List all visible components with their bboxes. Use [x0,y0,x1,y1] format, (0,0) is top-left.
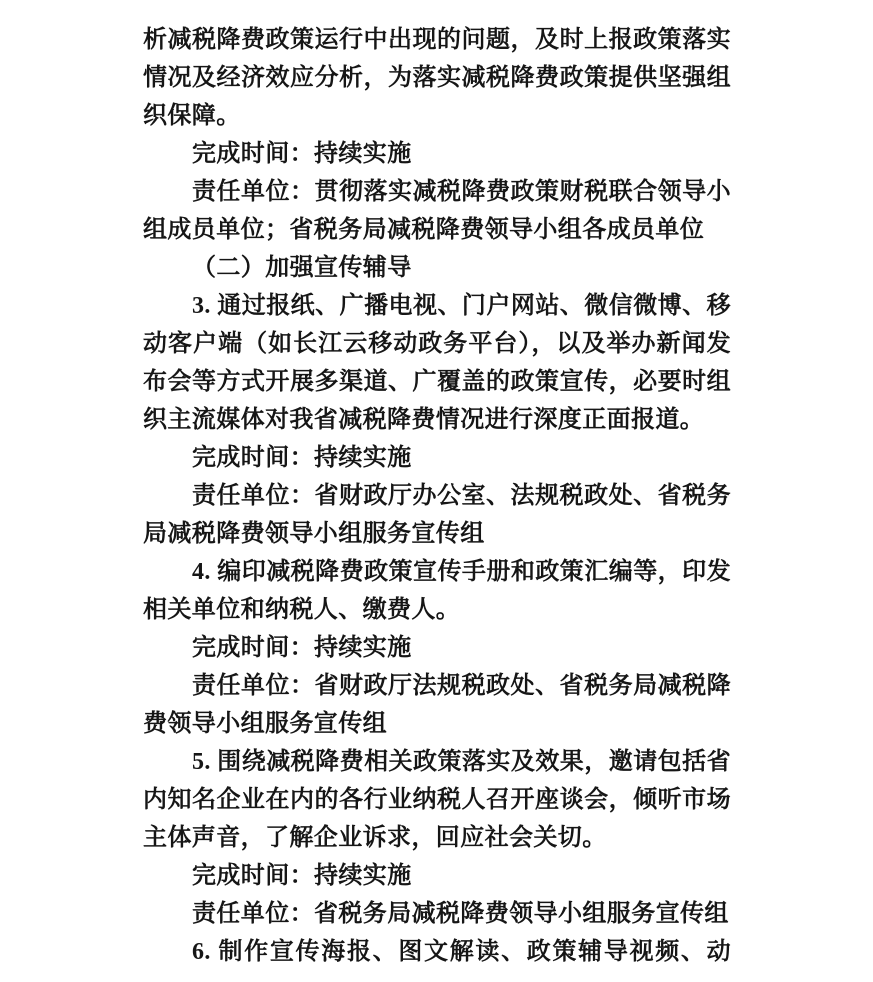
text-line: 6. 制作宣传海报、图文解读、政策辅导视频、动漫、 [143,933,731,971]
text-line: 责任单位：省税务局减税降费领导小组服务宣传组 [143,895,731,933]
text-line: 动客户端（如长江云移动政务平台），以及举办新闻发 [143,325,731,363]
text-line: 责任单位：省财政厅法规税政处、省税务局减税降 [143,667,731,705]
document-page: 析减税降费政策运行中出现的问题，及时上报政策落实情况及经济效应分析，为落实减税降… [0,0,873,982]
text-line: 3. 通过报纸、广播电视、门户网站、微信微博、移 [143,287,731,325]
text-line: 完成时间：持续实施 [143,135,731,173]
text-line: 4. 编印减税降费政策宣传手册和政策汇编等，印发 [143,553,731,591]
text-line: 完成时间：持续实施 [143,629,731,667]
text-line: 责任单位：贯彻落实减税降费政策财税联合领导小 [143,173,731,211]
text-line: 费领导小组服务宣传组 [143,705,731,743]
text-line: 主体声音，了解企业诉求，回应社会关切。 [143,819,731,857]
text-line: 组成员单位；省税务局减税降费领导小组各成员单位 [143,211,731,249]
text-line: （二）加强宣传辅导 [143,249,731,287]
text-line: 内知名企业在内的各行业纳税人召开座谈会，倾听市场 [143,781,731,819]
document-body: 析减税降费政策运行中出现的问题，及时上报政策落实情况及经济效应分析，为落实减税降… [143,21,731,971]
text-line: 完成时间：持续实施 [143,857,731,895]
text-line: 完成时间：持续实施 [143,439,731,477]
text-line: 布会等方式开展多渠道、广覆盖的政策宣传，必要时组 [143,363,731,401]
text-line: 析减税降费政策运行中出现的问题，及时上报政策落实 [143,21,731,59]
text-line: 责任单位：省财政厅办公室、法规税政处、省税务 [143,477,731,515]
text-line: 5. 围绕减税降费相关政策落实及效果，邀请包括省 [143,743,731,781]
text-line: 织主流媒体对我省减税降费情况进行深度正面报道。 [143,401,731,439]
text-line: 织保障。 [143,97,731,135]
text-line: 局减税降费领导小组服务宣传组 [143,515,731,553]
text-line: 相关单位和纳税人、缴费人。 [143,591,731,629]
text-line: 情况及经济效应分析，为落实减税降费政策提供坚强组 [143,59,731,97]
